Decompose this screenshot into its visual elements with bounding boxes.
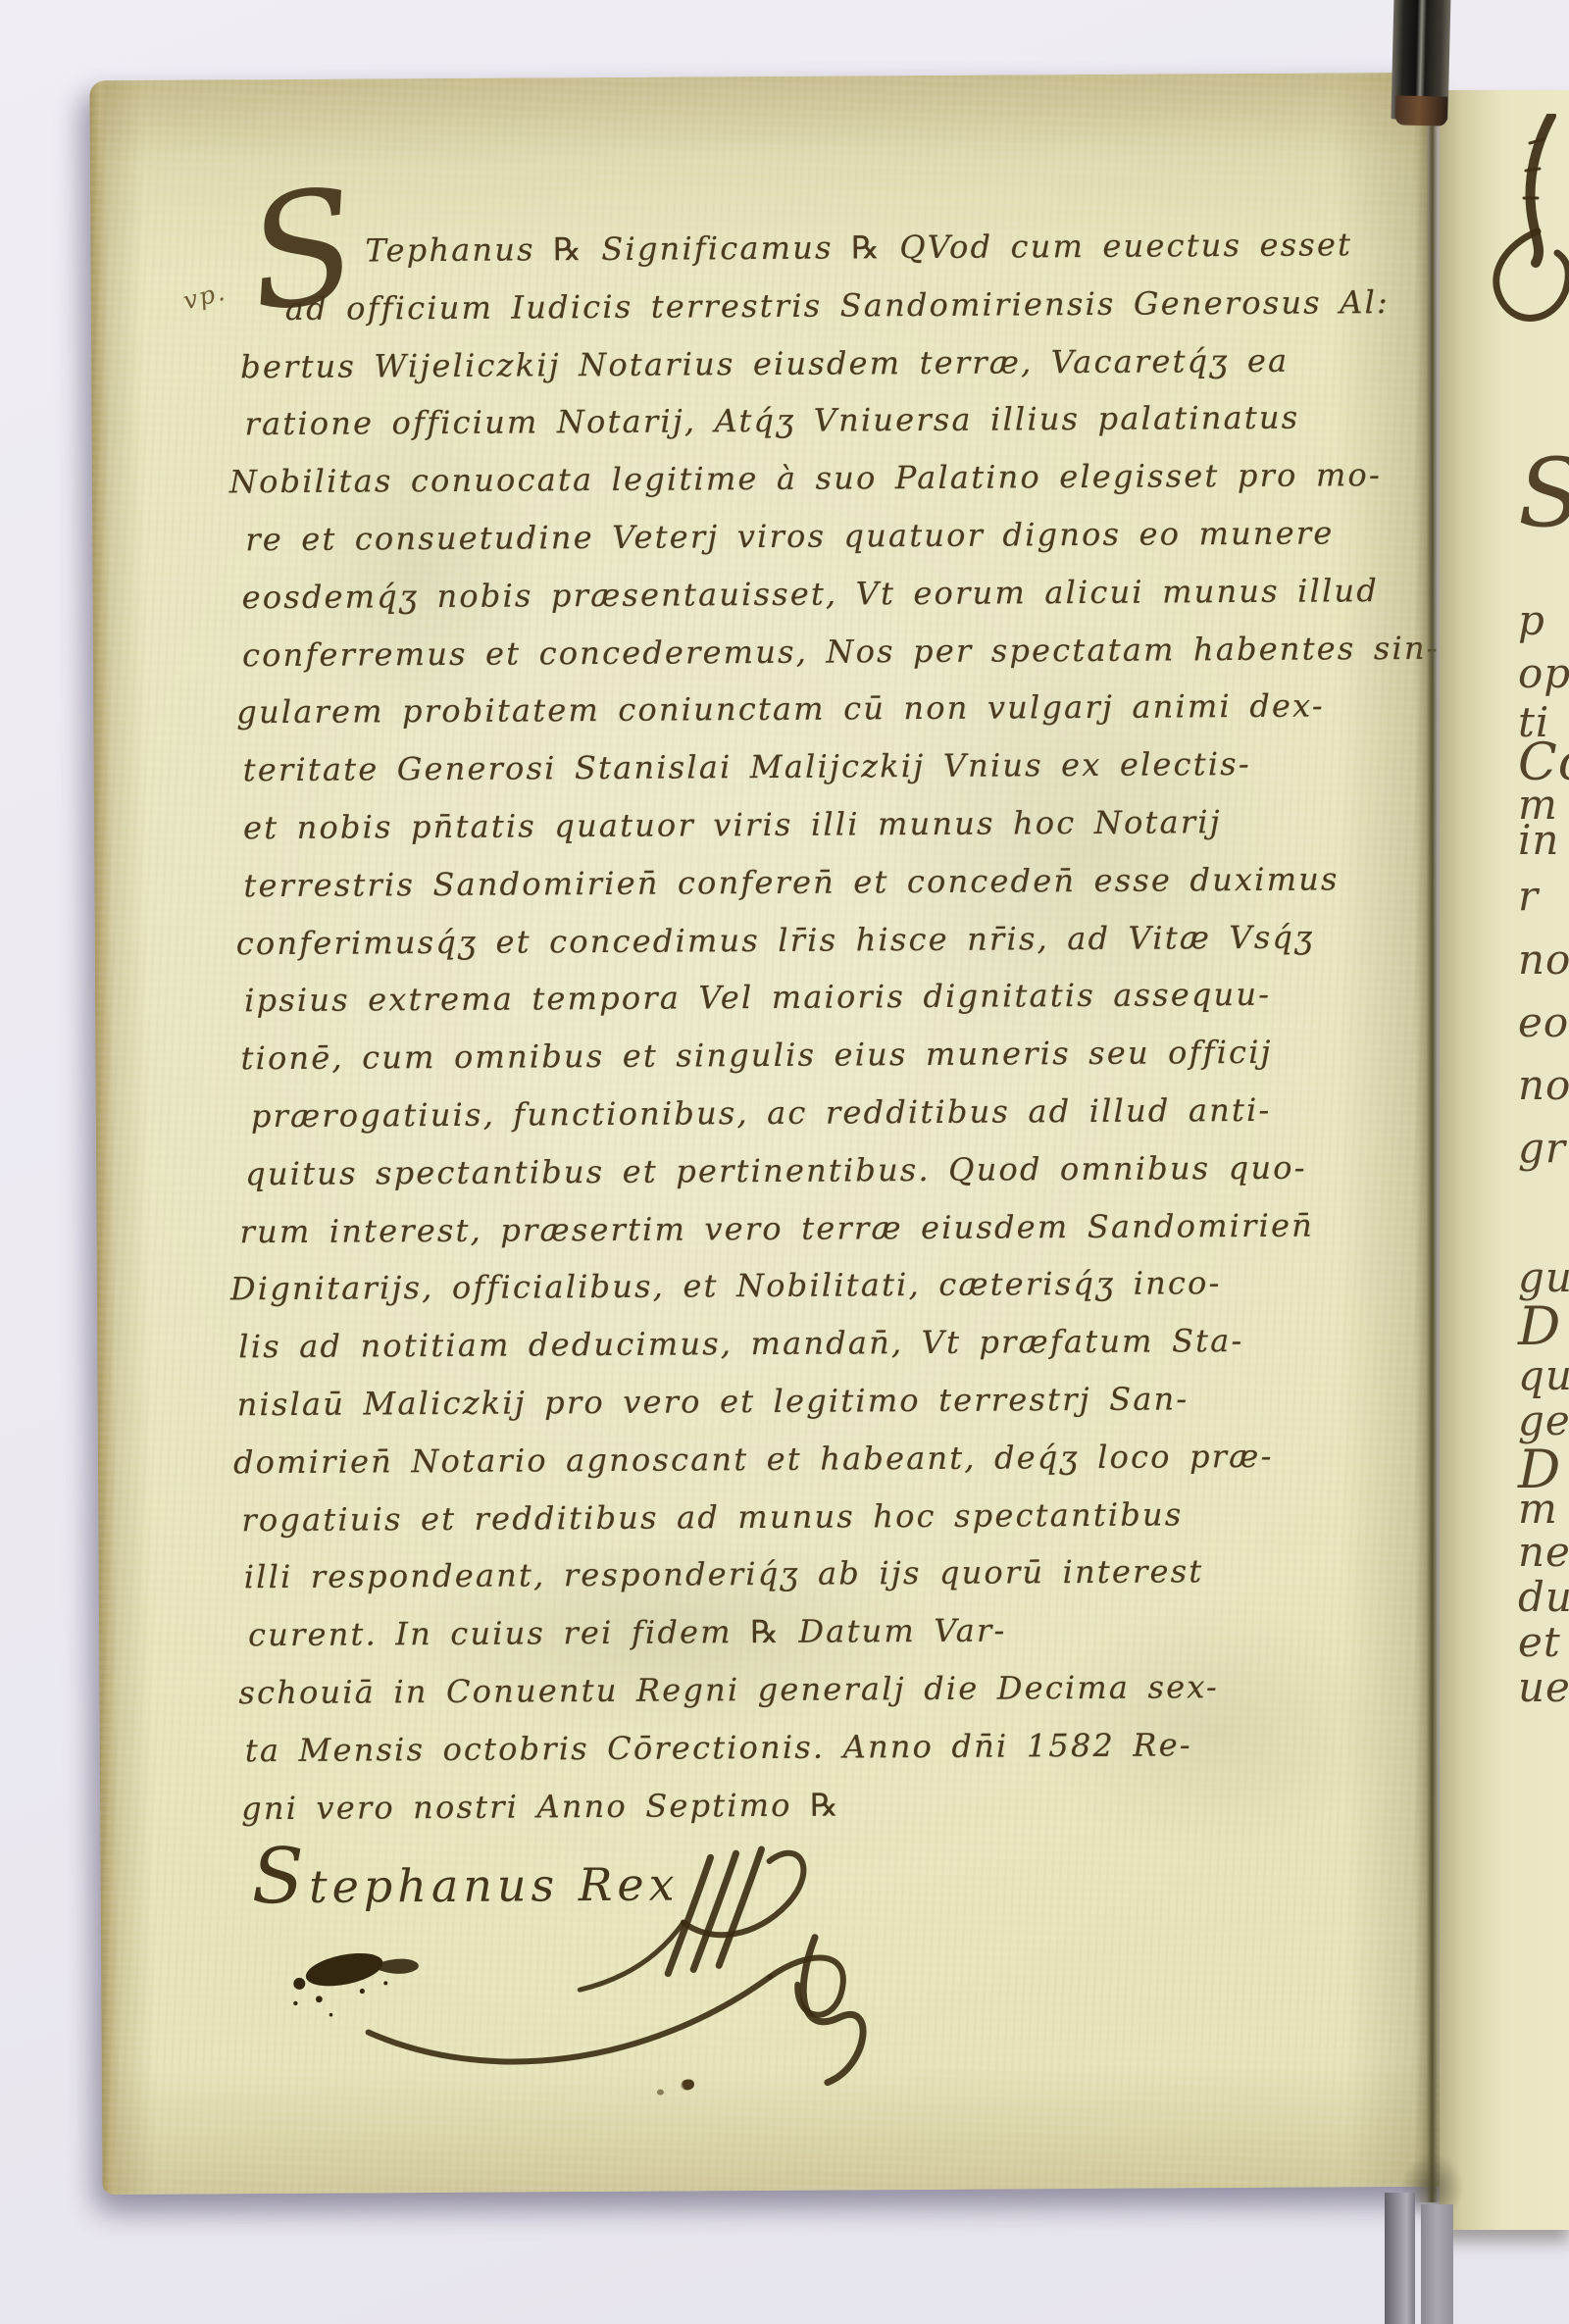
facing-page-line-fragment: no xyxy=(1518,1065,1569,1106)
manuscript-line: conferimusq́ʒ et concedimus lr̄is hisce … xyxy=(236,908,1382,973)
book-clamp-rod-bottom xyxy=(1385,2193,1415,2324)
book-clamp-rod-bottom-highlight xyxy=(1421,2204,1453,2324)
ink-speck xyxy=(681,2079,694,2090)
facing-page-text-fragments: S p op ti Co m in r no eo no gr gu D qu xyxy=(1510,0,1569,2324)
facing-page-line-fragment: m xyxy=(1518,1489,1558,1530)
facing-page-line-fragment: gr xyxy=(1518,1128,1566,1169)
facing-page-line-fragment: et xyxy=(1518,1622,1561,1663)
manuscript-line: terrestris Sandomirien̄ conferen̄ et con… xyxy=(243,850,1381,915)
manuscript-line: tionē, cum omnibus et singulis eius mune… xyxy=(240,1023,1382,1087)
facing-page-line-fragment: du xyxy=(1518,1577,1569,1618)
manuscript-line: teritate Generosi Stanislai Malijczkij V… xyxy=(243,734,1381,799)
manuscript-line: lis ad notitiam deducimus, mandan̄, Vt p… xyxy=(238,1311,1384,1376)
manuscript-line: rum interest, præsertim vero terræ eiusd… xyxy=(239,1196,1383,1261)
manuscript-text-block: Tephanus ℞ Significamus ℞ QVod cum euect… xyxy=(239,216,1387,1837)
manuscript-line: re et consuetudine Veterj viros quatuor … xyxy=(245,504,1379,569)
facing-page-line-fragment: eo xyxy=(1518,1002,1569,1043)
ink-speck xyxy=(657,2090,664,2096)
manuscript-line: domirien̄ Notario agnoscant et habeant, … xyxy=(233,1427,1385,1491)
facing-page-line-fragment: r xyxy=(1518,876,1539,917)
facing-page-line-fragment: ge xyxy=(1518,1400,1569,1441)
facing-page-line-fragment: ue xyxy=(1518,1667,1569,1708)
manuscript-line: Dignitarijs, officialibus, et Nobilitati… xyxy=(230,1253,1384,1318)
royal-signature: Stephanus Rex xyxy=(251,1831,679,1922)
manuscript-line: eosdemq́ʒ nobis præsentauisset, Vt eorum… xyxy=(241,562,1379,627)
margin-note: vp. xyxy=(180,277,229,315)
manuscript-line: et nobis pn̄tatis quatuor viris illi mun… xyxy=(243,792,1381,857)
manuscript-left-page: vp. S Tephanus ℞ Significamus ℞ QVod cum… xyxy=(89,73,1440,2195)
facing-page-line-fragment: op xyxy=(1518,653,1569,694)
manuscript-line: schouiā in Conuentu Regni generalj die D… xyxy=(238,1657,1386,1722)
facing-page-line-fragment: gu xyxy=(1518,1257,1569,1298)
facing-page-line-fragment: p xyxy=(1518,600,1545,641)
manuscript-line: prærogatiuis, functionibus, ac redditibu… xyxy=(251,1081,1383,1145)
facing-page-line-fragment: D xyxy=(1518,1300,1561,1353)
manuscript-photo: vp. S Tephanus ℞ Significamus ℞ QVod cum… xyxy=(0,0,1569,2324)
manuscript-line: illi respondeant, responderiq́ʒ ab ijs q… xyxy=(244,1541,1386,1606)
manuscript-line: quitus spectantibus et pertinentibus. Qu… xyxy=(245,1138,1383,1203)
manuscript-line: ipsius extrema tempora Vel maioris digni… xyxy=(244,966,1382,1031)
manuscript-line: conferremus et concederemus, Nos per spe… xyxy=(242,620,1380,684)
page-edge xyxy=(89,80,120,2195)
manuscript-line: ad officium Iudicis terrestris Sandomiri… xyxy=(285,274,1378,338)
facing-page-line-fragment: in xyxy=(1518,820,1559,861)
facing-page-line-fragment: S xyxy=(1518,446,1569,540)
manuscript-line: nislaū Maliczkij pro vero et legitimo te… xyxy=(237,1369,1385,1434)
manuscript-line: gularem probitatem coniunctam cū non vul… xyxy=(236,678,1380,742)
facing-page-line-fragment: ne xyxy=(1518,1532,1569,1573)
facing-page-line-fragment: qu xyxy=(1518,1355,1569,1396)
manuscript-line: bertus Wijeliczkij Notarius eiusdem terr… xyxy=(240,331,1378,396)
manuscript-line: Nobilitas conuocata legitime à suo Palat… xyxy=(229,446,1379,511)
ink-blot xyxy=(268,1924,435,2023)
book-clamp-rod-tip xyxy=(1395,95,1448,126)
manuscript-line: gni vero nostri Anno Septimo ℞ xyxy=(241,1773,1387,1838)
facing-page-line-fragment: no xyxy=(1518,939,1569,981)
manuscript-line: rogatiuis et redditibus ad munus hoc spe… xyxy=(241,1485,1385,1549)
manuscript-line: ratione officium Notarij, Atq́ʒ Vniuersa… xyxy=(244,389,1378,454)
manuscript-line: Tephanus ℞ Significamus ℞ QVod cum euect… xyxy=(365,216,1377,279)
manuscript-line: ta Mensis octobris Cōrectionis. Anno dn̄… xyxy=(245,1715,1387,1780)
manuscript-line: curent. In cuius rei fidem ℞ Datum Var- xyxy=(248,1599,1386,1664)
